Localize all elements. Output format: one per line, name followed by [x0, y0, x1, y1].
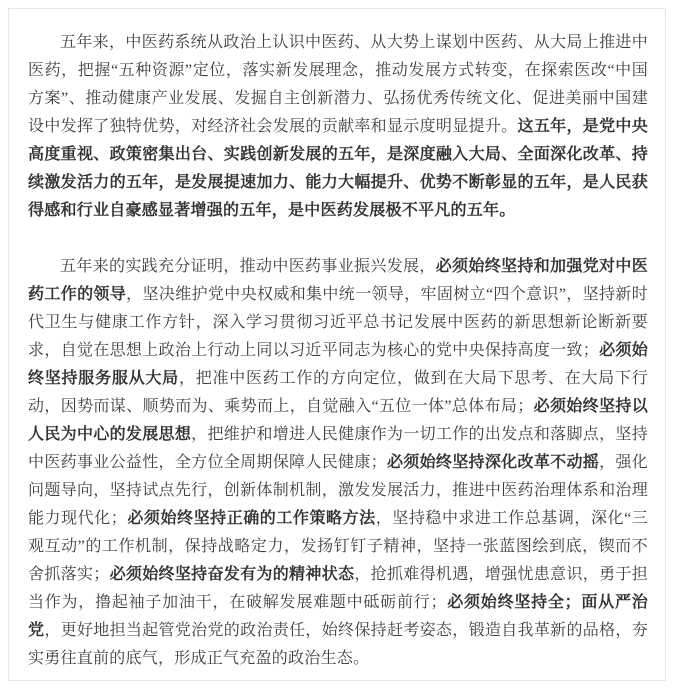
emphasis-run: 必须始终坚持奋发有为的精神状态	[110, 566, 355, 583]
text-run: 五年来的实践充分证明，推动中医药事业振兴发展，	[60, 258, 436, 275]
text-run: ，更好地担当起管党治党的政治责任，始终保持赶考姿态，锻造自我革新的品格，夯实勇往…	[28, 622, 648, 667]
emphasis-run: 必须始终坚持正确的工作策略方法	[127, 510, 376, 527]
paragraph: 五年来的实践充分证明，推动中医药事业振兴发展，必须始终坚持和加强党对中医药工作的…	[28, 253, 648, 673]
document-panel: 五年来，中医药系统从政治上认识中医药、从大势上谋划中医药、从大局上推进中医药，把…	[8, 8, 666, 681]
emphasis-run: 必须始终坚持深化改革不动摇	[387, 454, 599, 471]
paragraph: 五年来，中医药系统从政治上认识中医药、从大势上谋划中医药、从大局上推进中医药，把…	[28, 29, 648, 225]
